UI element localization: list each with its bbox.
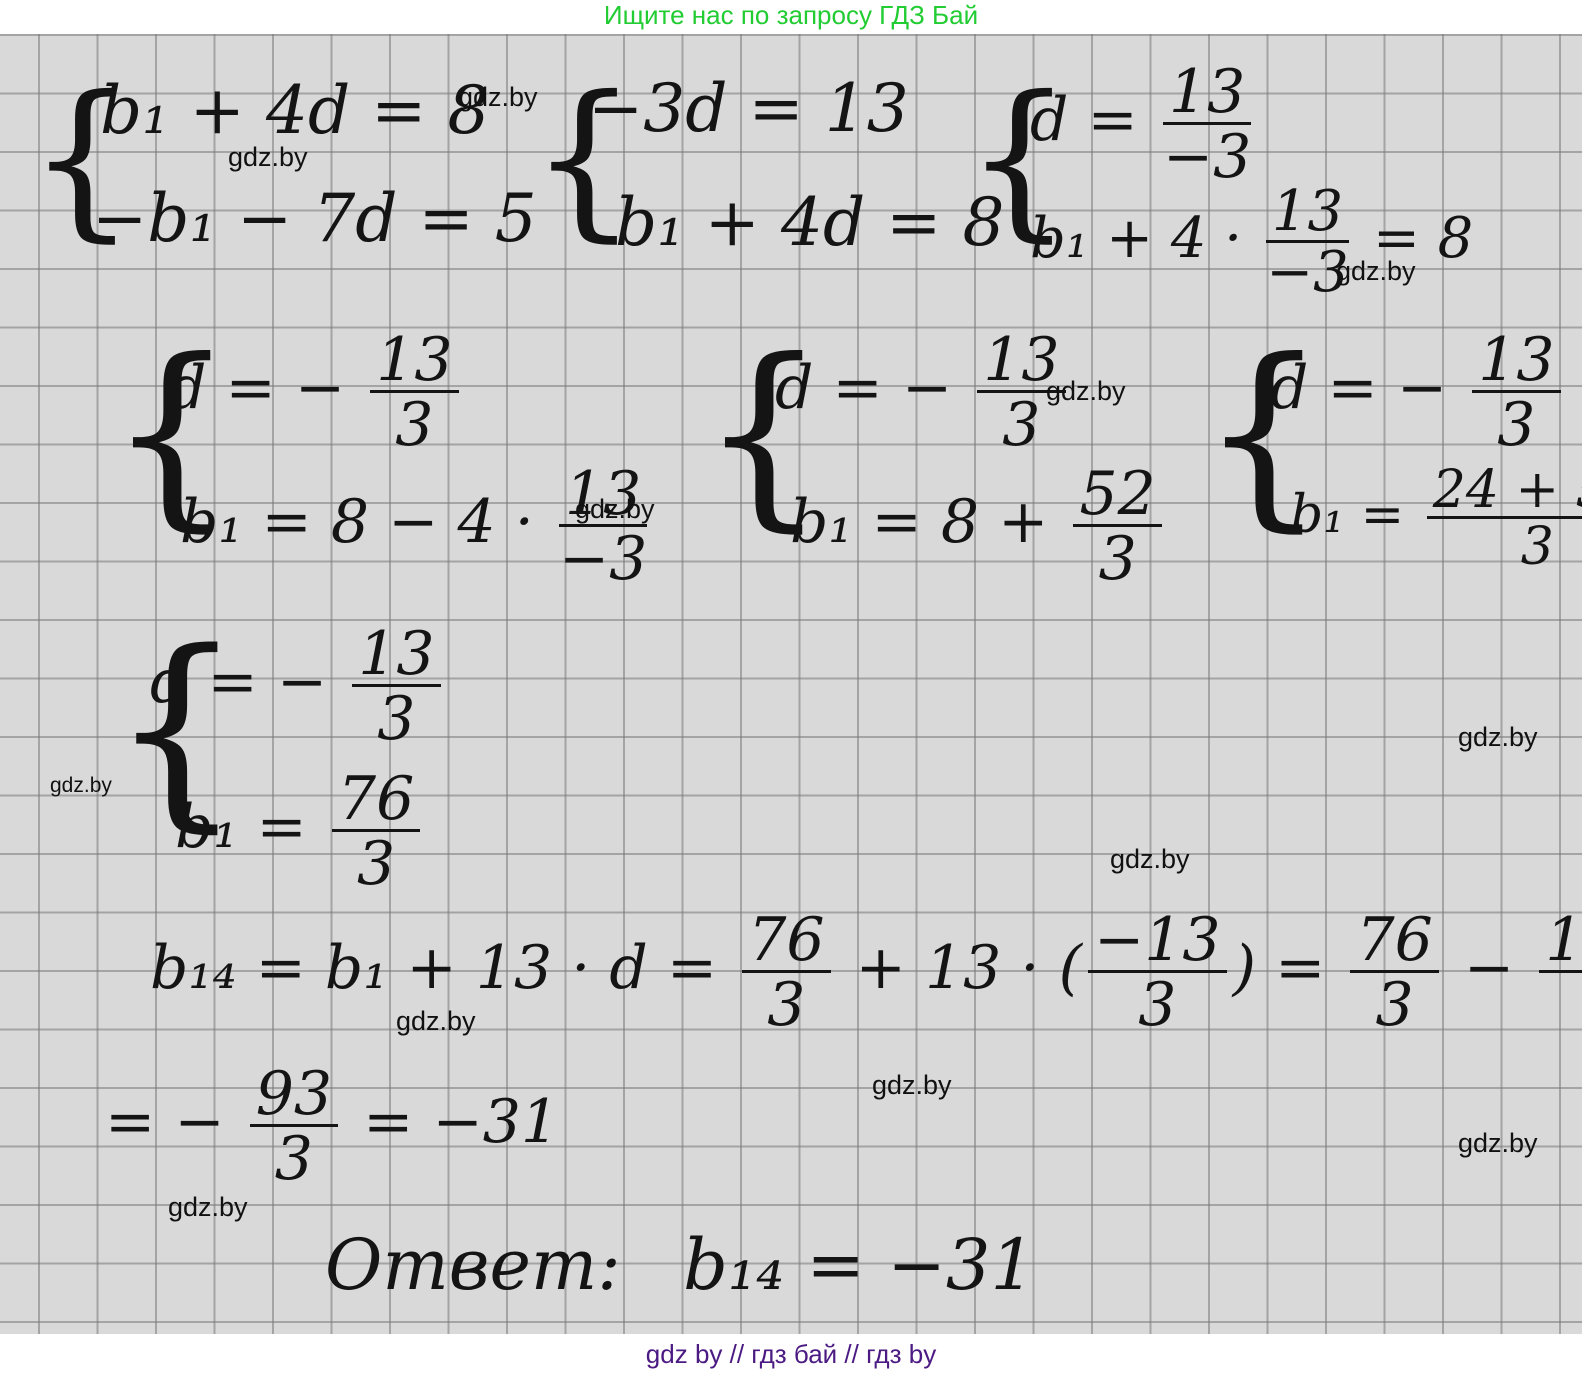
fraction: 1693 — [1539, 910, 1582, 1035]
equation: −3d = 13 — [588, 70, 909, 147]
answer-label: Ответ: — [325, 1224, 621, 1306]
bottom-banner: gdz by // гдз бай // гдз by — [0, 1334, 1582, 1378]
top-banner: Ищите нас по запросу ГДЗ Бай — [0, 0, 1582, 34]
equation-lhs: b₁ = — [1290, 485, 1404, 545]
fraction: 763 — [742, 910, 830, 1035]
fraction: 13−3 — [1163, 62, 1251, 187]
minus-sign: − — [1464, 933, 1514, 1003]
fraction: 763 — [1350, 910, 1438, 1035]
watermark: gdz.by — [1110, 844, 1190, 875]
answer-line: Ответ: b₁₄ = −31 — [325, 1224, 1035, 1306]
equation-lhs: b₁ = 8 + — [790, 487, 1048, 557]
equation-lhs: d = — [1030, 85, 1138, 155]
watermark: gdz.by — [575, 494, 655, 525]
equation: b₁ = 763 — [175, 769, 426, 894]
fraction: −133 — [1088, 910, 1227, 1035]
equation: d = − 133 — [150, 624, 447, 749]
fraction: 133 — [1472, 330, 1560, 455]
equation: = − 933 = −31 — [105, 1064, 559, 1189]
equation-lhs: d = − — [775, 353, 952, 423]
answer-value: b₁₄ = −31 — [683, 1224, 1035, 1306]
fraction: 133 — [370, 330, 458, 455]
equation: b₁ = 8 − 4 · 13−3 — [180, 464, 653, 589]
equals-sign: = — [1275, 933, 1325, 1003]
fraction: 13−3 — [559, 464, 647, 589]
watermark: gdz.by — [1458, 1128, 1538, 1159]
equation: b₁ = 8 + 523 — [790, 464, 1168, 589]
equation-lhs: b₁₄ = b₁ + 13 · d = — [150, 933, 717, 1003]
equation: d = − 133 — [1270, 330, 1567, 455]
fraction: 133 — [352, 624, 440, 749]
equation-lhs: b₁ = 8 − 4 · — [180, 487, 534, 557]
equation-rhs: = −31 — [363, 1087, 559, 1157]
watermark: gdz.by — [1046, 376, 1126, 407]
equation: b₁ + 4d = 8 — [100, 72, 489, 149]
watermark: gdz.by — [1336, 256, 1416, 287]
equation: b₁ + 4d = 8 — [615, 184, 1004, 261]
equation: b₁₄ = b₁ + 13 · d = 763 + 13 · (−133) = … — [150, 910, 1582, 1035]
equation-lhs: = − — [105, 1087, 225, 1157]
watermark: gdz.by — [396, 1006, 476, 1037]
equation: d = − 133 — [775, 330, 1072, 455]
watermark: gdz.by — [168, 1192, 248, 1223]
watermark: gdz.by — [872, 1070, 952, 1101]
equation-lhs: b₁ + 4 · — [1030, 206, 1242, 271]
equation: b₁ = 24 + 523 — [1290, 464, 1582, 573]
equation-lhs: d = − — [168, 353, 345, 423]
equation: −b₁ − 7d = 5 — [92, 180, 537, 257]
equation: d = 13−3 — [1030, 62, 1257, 187]
watermark: gdz.by — [228, 142, 308, 173]
fraction: 24 + 523 — [1427, 464, 1582, 573]
watermark: gdz.by — [1458, 722, 1538, 753]
fraction: 523 — [1073, 464, 1161, 589]
equation-lhs: d = − — [150, 647, 327, 717]
watermark: gdz.by — [50, 774, 112, 798]
fraction: 933 — [250, 1064, 338, 1189]
equation-term: + 13 · — [856, 933, 1040, 1003]
fraction: 763 — [332, 769, 420, 894]
equation-lhs: d = − — [1270, 353, 1447, 423]
notebook-page: { b₁ + 4d = 8 −b₁ − 7d = 5 { −3d = 13 b₁… — [0, 34, 1582, 1334]
equation-lhs: b₁ = — [175, 792, 307, 862]
watermark: gdz.by — [458, 82, 538, 113]
equation: d = − 133 — [168, 330, 465, 455]
